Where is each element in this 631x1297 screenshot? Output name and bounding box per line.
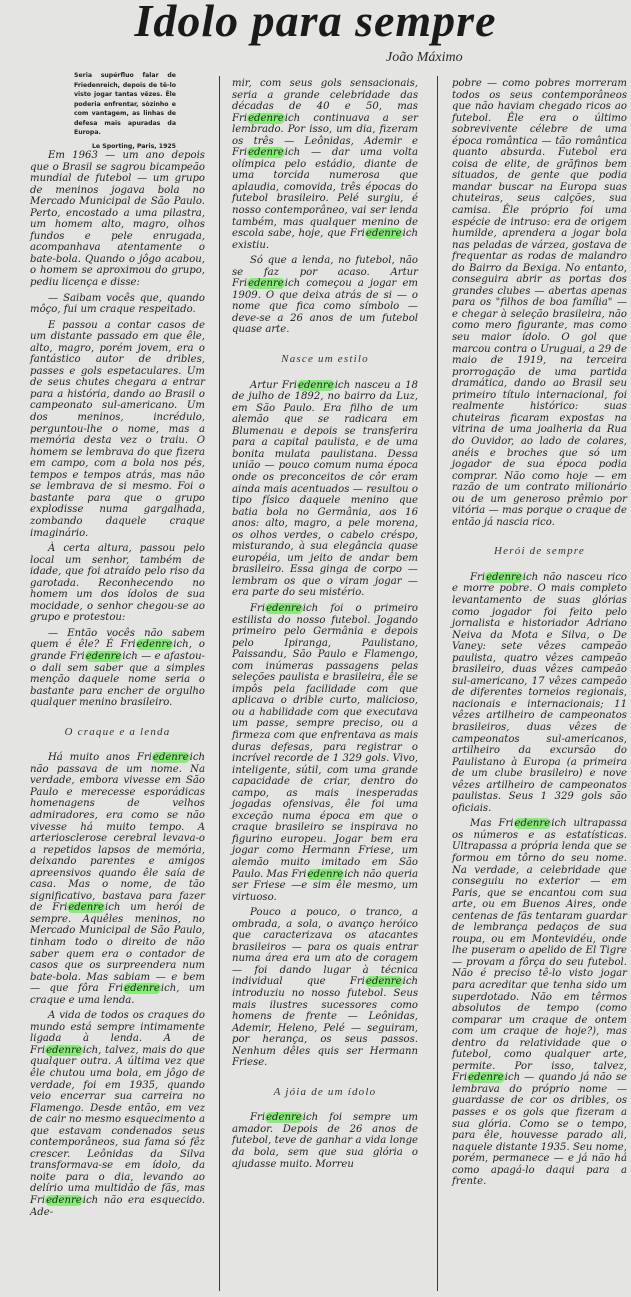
epigraph-text: Seria supérfluo falar de Friedenreich, d… bbox=[74, 72, 176, 136]
section-subheading: Herói de sempre bbox=[452, 546, 627, 558]
article-paragraph: Friedenreich não nasceu rico e morre pob… bbox=[452, 572, 627, 814]
search-highlight: edenre bbox=[297, 380, 335, 391]
search-highlight: edenre bbox=[307, 869, 345, 880]
search-highlight: edenre bbox=[45, 1195, 83, 1206]
article-title: Idolo para sempre bbox=[0, 0, 631, 47]
section-subheading: A jóia de um ídolo bbox=[232, 1087, 418, 1099]
search-highlight: edenre bbox=[365, 976, 403, 987]
article-paragraph: Só que a lenda, no futebol, não se faz p… bbox=[232, 255, 418, 336]
search-highlight: edenre bbox=[123, 983, 161, 994]
article-paragraph: Friedenreich foi o primeiro estilista do… bbox=[232, 603, 418, 903]
article-column-1: Em 1963 — um ano depois que o Brasil se … bbox=[30, 150, 205, 1218]
search-highlight: edenre bbox=[247, 278, 285, 289]
article-paragraph: À certa altura, passou pelo local um sen… bbox=[30, 543, 205, 624]
article-paragraph: E passou a contar casos de um distante p… bbox=[30, 320, 205, 539]
article-column-2: mir, com seus gols sensacionais, seria a… bbox=[232, 78, 418, 1170]
section-subheading: O craque e a lenda bbox=[30, 727, 205, 739]
article-paragraph: Em 1963 — um ano depois que o Brasil se … bbox=[30, 150, 205, 289]
search-highlight: edenre bbox=[136, 639, 174, 650]
article-paragraph: Friedenreich foi sempre um amador. Depoi… bbox=[232, 1112, 418, 1170]
search-highlight: edenre bbox=[265, 603, 303, 614]
article-column-3: pobre — como pobres morreram todos os se… bbox=[452, 78, 627, 1188]
article-paragraph: A vida de todos os craques do mundo está… bbox=[30, 1010, 205, 1218]
article-paragraph: pobre — como pobres morreram todos os se… bbox=[452, 78, 627, 528]
search-highlight: edenre bbox=[265, 1112, 303, 1123]
article-paragraph: Mas Friedenreich ultrapassa os números e… bbox=[452, 818, 627, 1188]
column-divider bbox=[437, 76, 438, 1291]
search-highlight: edenre bbox=[247, 113, 285, 124]
search-highlight: edenre bbox=[467, 1072, 505, 1083]
section-subheading: Nasce um estilo bbox=[232, 354, 418, 366]
article-paragraph: Artur Friedenreich nasceu a 18 de julho … bbox=[232, 380, 418, 599]
newspaper-page: Idolo para sempre João Máximo Seria supé… bbox=[0, 0, 631, 1297]
search-highlight: edenre bbox=[67, 902, 105, 913]
article-paragraph: mir, com seus gols sensacionais, seria a… bbox=[232, 78, 418, 251]
epigraph: Seria supérfluo falar de Friedenreich, d… bbox=[74, 71, 176, 151]
search-highlight: edenre bbox=[514, 818, 552, 829]
article-paragraph: Pouco a pouco, o tranco, a ombrada, a so… bbox=[232, 907, 418, 1069]
search-highlight: edenre bbox=[85, 651, 123, 662]
search-highlight: edenre bbox=[365, 228, 403, 239]
article-paragraph: — Então vocês não sabem quem é êle? É Fr… bbox=[30, 628, 205, 709]
search-highlight: edenre bbox=[152, 752, 190, 763]
search-highlight: edenre bbox=[45, 1045, 83, 1056]
article-paragraph: — Saibam vocês que, quando môço, fui um … bbox=[30, 293, 205, 316]
search-highlight: edenre bbox=[485, 572, 523, 583]
author-byline: João Máximo bbox=[386, 50, 463, 66]
search-highlight: edenre bbox=[247, 147, 285, 158]
article-paragraph: Há muito anos Friedenreich não passava d… bbox=[30, 752, 205, 1006]
column-divider bbox=[219, 76, 220, 1291]
